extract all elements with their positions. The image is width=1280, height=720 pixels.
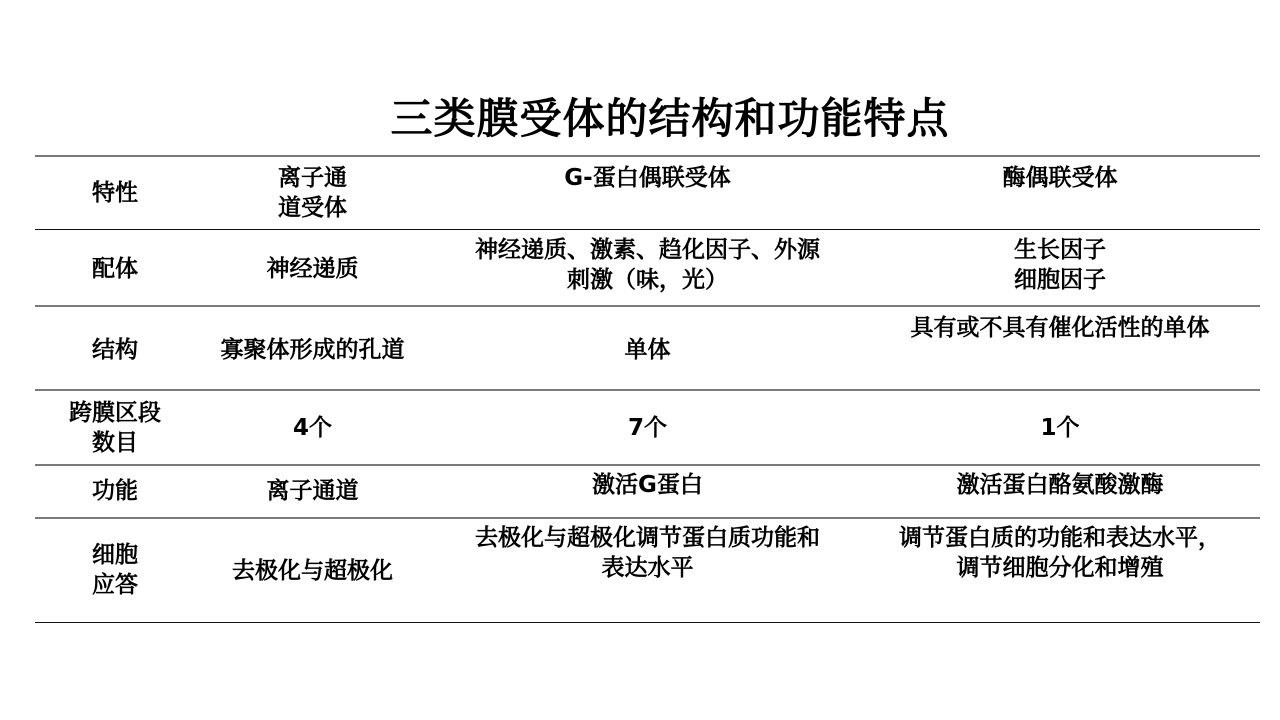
row-divider — [35, 305, 1260, 307]
row-divider — [35, 464, 1260, 466]
table-cell: 单体 — [440, 335, 855, 365]
row-divider — [35, 389, 1260, 391]
table-cell: 调节蛋白质的功能和表达水平， 调节细胞分化和增殖 — [860, 523, 1260, 583]
row-label-structure: 结构 — [45, 335, 185, 365]
table-cell: 1个 — [870, 413, 1250, 443]
table-cell: 去极化与超极化 — [200, 556, 425, 586]
table-cell: 具有或不具有催化活性的单体 — [870, 313, 1250, 343]
table-cell: 生长因子 细胞因子 — [870, 235, 1250, 295]
table-cell: 激活蛋白酪氨酸激酶 — [870, 470, 1250, 500]
table-cell: 去极化与超极化调节蛋白质功能和 表达水平 — [440, 523, 855, 583]
table-top-rule — [35, 155, 1260, 157]
table-cell: 神经递质 — [200, 254, 425, 284]
table-cell: 4个 — [200, 413, 425, 443]
row-label-function: 功能 — [45, 476, 185, 506]
row-label-transmembrane: 跨膜区段 数目 — [45, 398, 185, 458]
table-cell: 离子通道 — [200, 476, 425, 506]
table-cell: 激活G蛋白 — [440, 470, 855, 500]
table-cell: 神经递质、激素、趋化因子、外源 刺激（味，光） — [440, 235, 855, 295]
header-cell-enzyme-linked: 酶偶联受体 — [870, 163, 1250, 193]
row-divider — [35, 517, 1260, 519]
table-bottom-rule — [35, 622, 1260, 623]
table-cell: 7个 — [440, 413, 855, 443]
page-title: 三类膜受体的结构和功能特点 — [0, 86, 1280, 146]
header-cell-ion-channel: 离子通 道受体 — [200, 163, 425, 223]
header-cell-property: 特性 — [45, 178, 185, 208]
row-label-cell-response: 细胞 应答 — [45, 540, 185, 600]
header-cell-gpcr: G-蛋白偶联受体 — [440, 163, 855, 193]
row-label-ligand: 配体 — [45, 254, 185, 284]
table-cell: 寡聚体形成的孔道 — [200, 335, 425, 365]
row-divider — [35, 229, 1260, 230]
